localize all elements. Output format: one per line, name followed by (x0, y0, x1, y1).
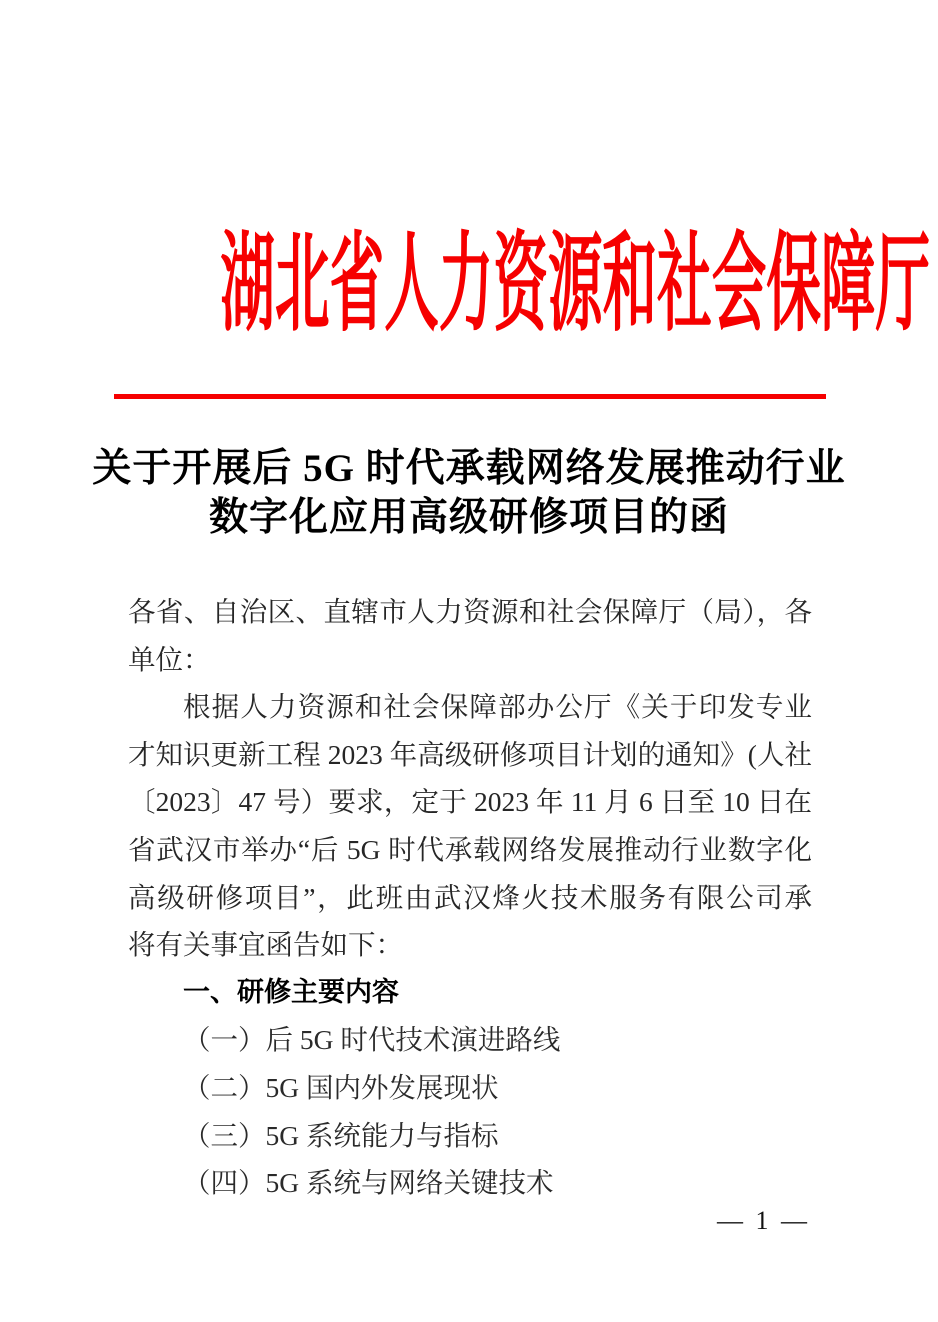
paragraph-line: 省武汉市举办“后 5G 时代承载网络发展推动行业数字化应用 (128, 826, 812, 874)
document-title: 关于开展后 5G 时代承载网络发展推动行业 数字化应用高级研修项目的函 (0, 444, 938, 542)
paragraph-line: 将有关事宜函告如下： (128, 921, 812, 969)
paragraph-line: 〔2023〕47 号）要求，定于 2023 年 11 月 6 日至 10 日在湖… (128, 778, 812, 826)
salutation-line: 各省、自治区、直辖市人力资源和社会保障厅（局），各有关 (128, 588, 812, 636)
letterhead-title: 湖北省人力资源和社会保障厅 (220, 232, 717, 339)
page-number: — 1 — (717, 1206, 810, 1236)
list-item-3: （三）5G 系统能力与指标 (128, 1112, 812, 1160)
paragraph-line: 根据人力资源和社会保障部办公厅《关于印发专业技术人 (128, 683, 812, 731)
paragraph-line: 高级研修项目”，此班由武汉烽火技术服务有限公司承办，现 (128, 874, 812, 922)
document-page: 湖北省人力资源和社会保障厅 关于开展后 5G 时代承载网络发展推动行业 数字化应… (0, 0, 938, 1322)
salutation-line: 单位： (128, 636, 812, 684)
list-item-1: （一）后 5G 时代技术演进路线 (128, 1016, 812, 1064)
document-body: 各省、自治区、直辖市人力资源和社会保障厅（局），各有关 单位： 根据人力资源和社… (128, 588, 812, 1207)
document-title-line1: 关于开展后 5G 时代承载网络发展推动行业 (0, 444, 938, 493)
letterhead-rule (114, 394, 826, 399)
paragraph-line: 才知识更新工程 2023 年高级研修项目计划的通知》(人社厅函 (128, 731, 812, 779)
list-item-4: （四）5G 系统与网络关键技术 (128, 1159, 812, 1207)
document-title-line2: 数字化应用高级研修项目的函 (0, 493, 938, 542)
section-heading: 一、研修主要内容 (128, 969, 812, 1017)
list-item-2: （二）5G 国内外发展现状 (128, 1064, 812, 1112)
